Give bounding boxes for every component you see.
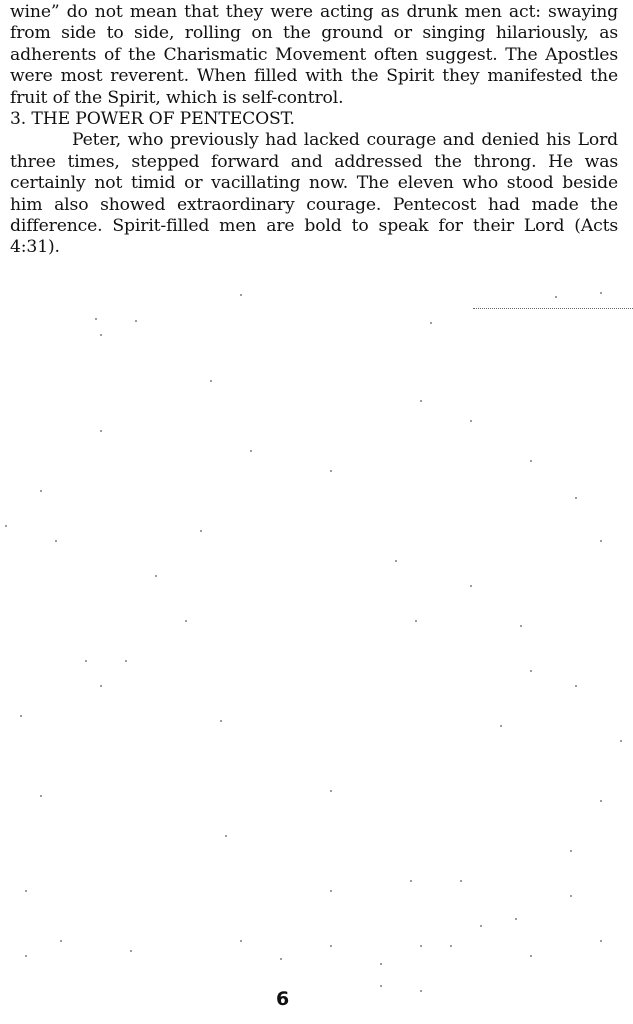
speck (60, 940, 62, 942)
speck (470, 420, 472, 422)
speck (55, 540, 57, 542)
speck (520, 625, 522, 627)
speck (330, 890, 332, 892)
speck (20, 715, 22, 717)
speck (240, 294, 242, 296)
speck (420, 400, 422, 402)
speck (460, 880, 462, 882)
speck (100, 334, 102, 336)
speck (200, 530, 202, 532)
speck (600, 540, 602, 542)
speck (515, 918, 517, 920)
speck (415, 620, 417, 622)
speck (225, 835, 227, 837)
speck (600, 292, 602, 294)
speck (25, 955, 27, 957)
speck (570, 895, 572, 897)
page-number: 6 (276, 988, 289, 1010)
section-paragraph: Peter, who previously had lacked courage… (10, 130, 618, 258)
speck (220, 720, 222, 722)
speck (125, 660, 127, 662)
paragraph-continued: wine” do not mean that they were acting … (10, 2, 618, 109)
speck (410, 880, 412, 882)
body-text: wine” do not mean that they were acting … (10, 2, 618, 259)
speck (575, 497, 577, 499)
speck (40, 795, 42, 797)
speck (380, 985, 382, 987)
speck (130, 950, 132, 952)
section-heading: 3. THE POWER OF PENTECOST. (10, 109, 618, 130)
speck (100, 685, 102, 687)
speck (210, 380, 212, 382)
speck (100, 430, 102, 432)
speck (530, 670, 532, 672)
speck (420, 945, 422, 947)
speck (85, 660, 87, 662)
speck (450, 945, 452, 947)
speck (135, 320, 137, 322)
speck (330, 790, 332, 792)
scan-artifact-line (473, 308, 633, 310)
speck (240, 940, 242, 942)
speck (5, 525, 7, 527)
speck (330, 945, 332, 947)
speck (570, 850, 572, 852)
speck (480, 925, 482, 927)
speck (25, 890, 27, 892)
speck (395, 560, 397, 562)
speck (530, 460, 532, 462)
speck (40, 490, 42, 492)
speck (620, 740, 622, 742)
document-page: wine” do not mean that they were acting … (0, 0, 633, 1024)
speck (600, 800, 602, 802)
speck (530, 955, 532, 957)
speck (430, 322, 432, 324)
speck (420, 990, 422, 992)
speck (330, 470, 332, 472)
speck (600, 940, 602, 942)
speck (185, 620, 187, 622)
speck (250, 450, 252, 452)
speck (280, 958, 282, 960)
speck (575, 685, 577, 687)
speck (155, 575, 157, 577)
speck (500, 725, 502, 727)
speck (470, 585, 472, 587)
speck (555, 296, 557, 298)
speck (95, 318, 97, 320)
speck (380, 963, 382, 965)
